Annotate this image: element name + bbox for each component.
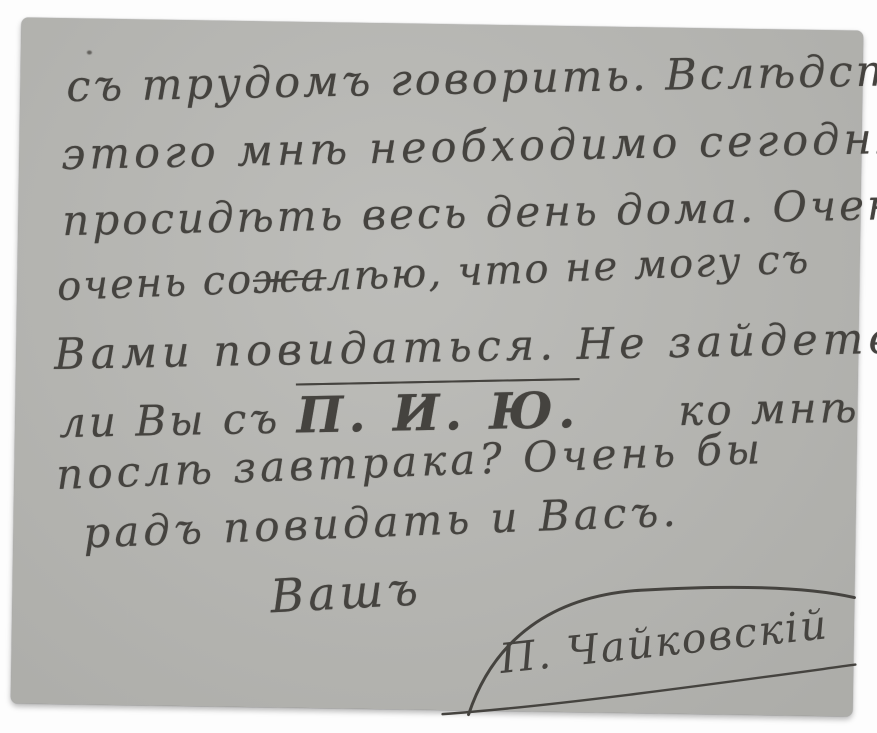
text-segment: этого мнѣ необходимо сегодня <box>61 114 877 180</box>
signature-flourish: П. Чайковскій <box>438 564 860 731</box>
text-segment: очень со <box>56 257 254 310</box>
signature-text: П. Чайковскій <box>496 600 831 683</box>
handwritten-line: съ трудомъ говорить. Вслѣдствіе <box>66 45 877 112</box>
text-segment: просидѣть весь день дома. Очень, <box>62 179 877 245</box>
handwritten-line: просидѣть весь день дома. Очень, <box>62 179 877 245</box>
text-segment: лѣю, что не могу съ <box>325 236 811 300</box>
letter-body: съ трудомъ говорить. Вслѣдствіеэтого мнѣ… <box>21 17 863 30</box>
handwritten-line: Вами повидаться. Не зайдете <box>54 314 877 380</box>
signature-block: П. Чайковскій <box>438 564 860 731</box>
handwritten-line: очень сожалѣю, что не могу съ <box>56 236 811 310</box>
handwritten-line: этого мнѣ необходимо сегодня <box>61 114 877 180</box>
text-segment: радъ повидать и Васъ. <box>82 487 680 558</box>
text-segment: Вами повидаться. Не зайдете <box>54 314 877 380</box>
ink-speck <box>87 50 92 54</box>
text-segment: съ трудомъ говорить. Вслѣдствіе <box>66 45 877 112</box>
text-segment: ли Вы съ <box>59 394 297 448</box>
handwritten-line: радъ повидать и Васъ. <box>82 487 680 558</box>
valediction: Вашъ <box>269 561 423 623</box>
text-segment: жа <box>252 254 327 303</box>
letter-paper: съ трудомъ говорить. Вслѣдствіеэтого мнѣ… <box>11 17 864 716</box>
scan-background: съ трудомъ говорить. Вслѣдствіеэтого мнѣ… <box>0 0 877 733</box>
